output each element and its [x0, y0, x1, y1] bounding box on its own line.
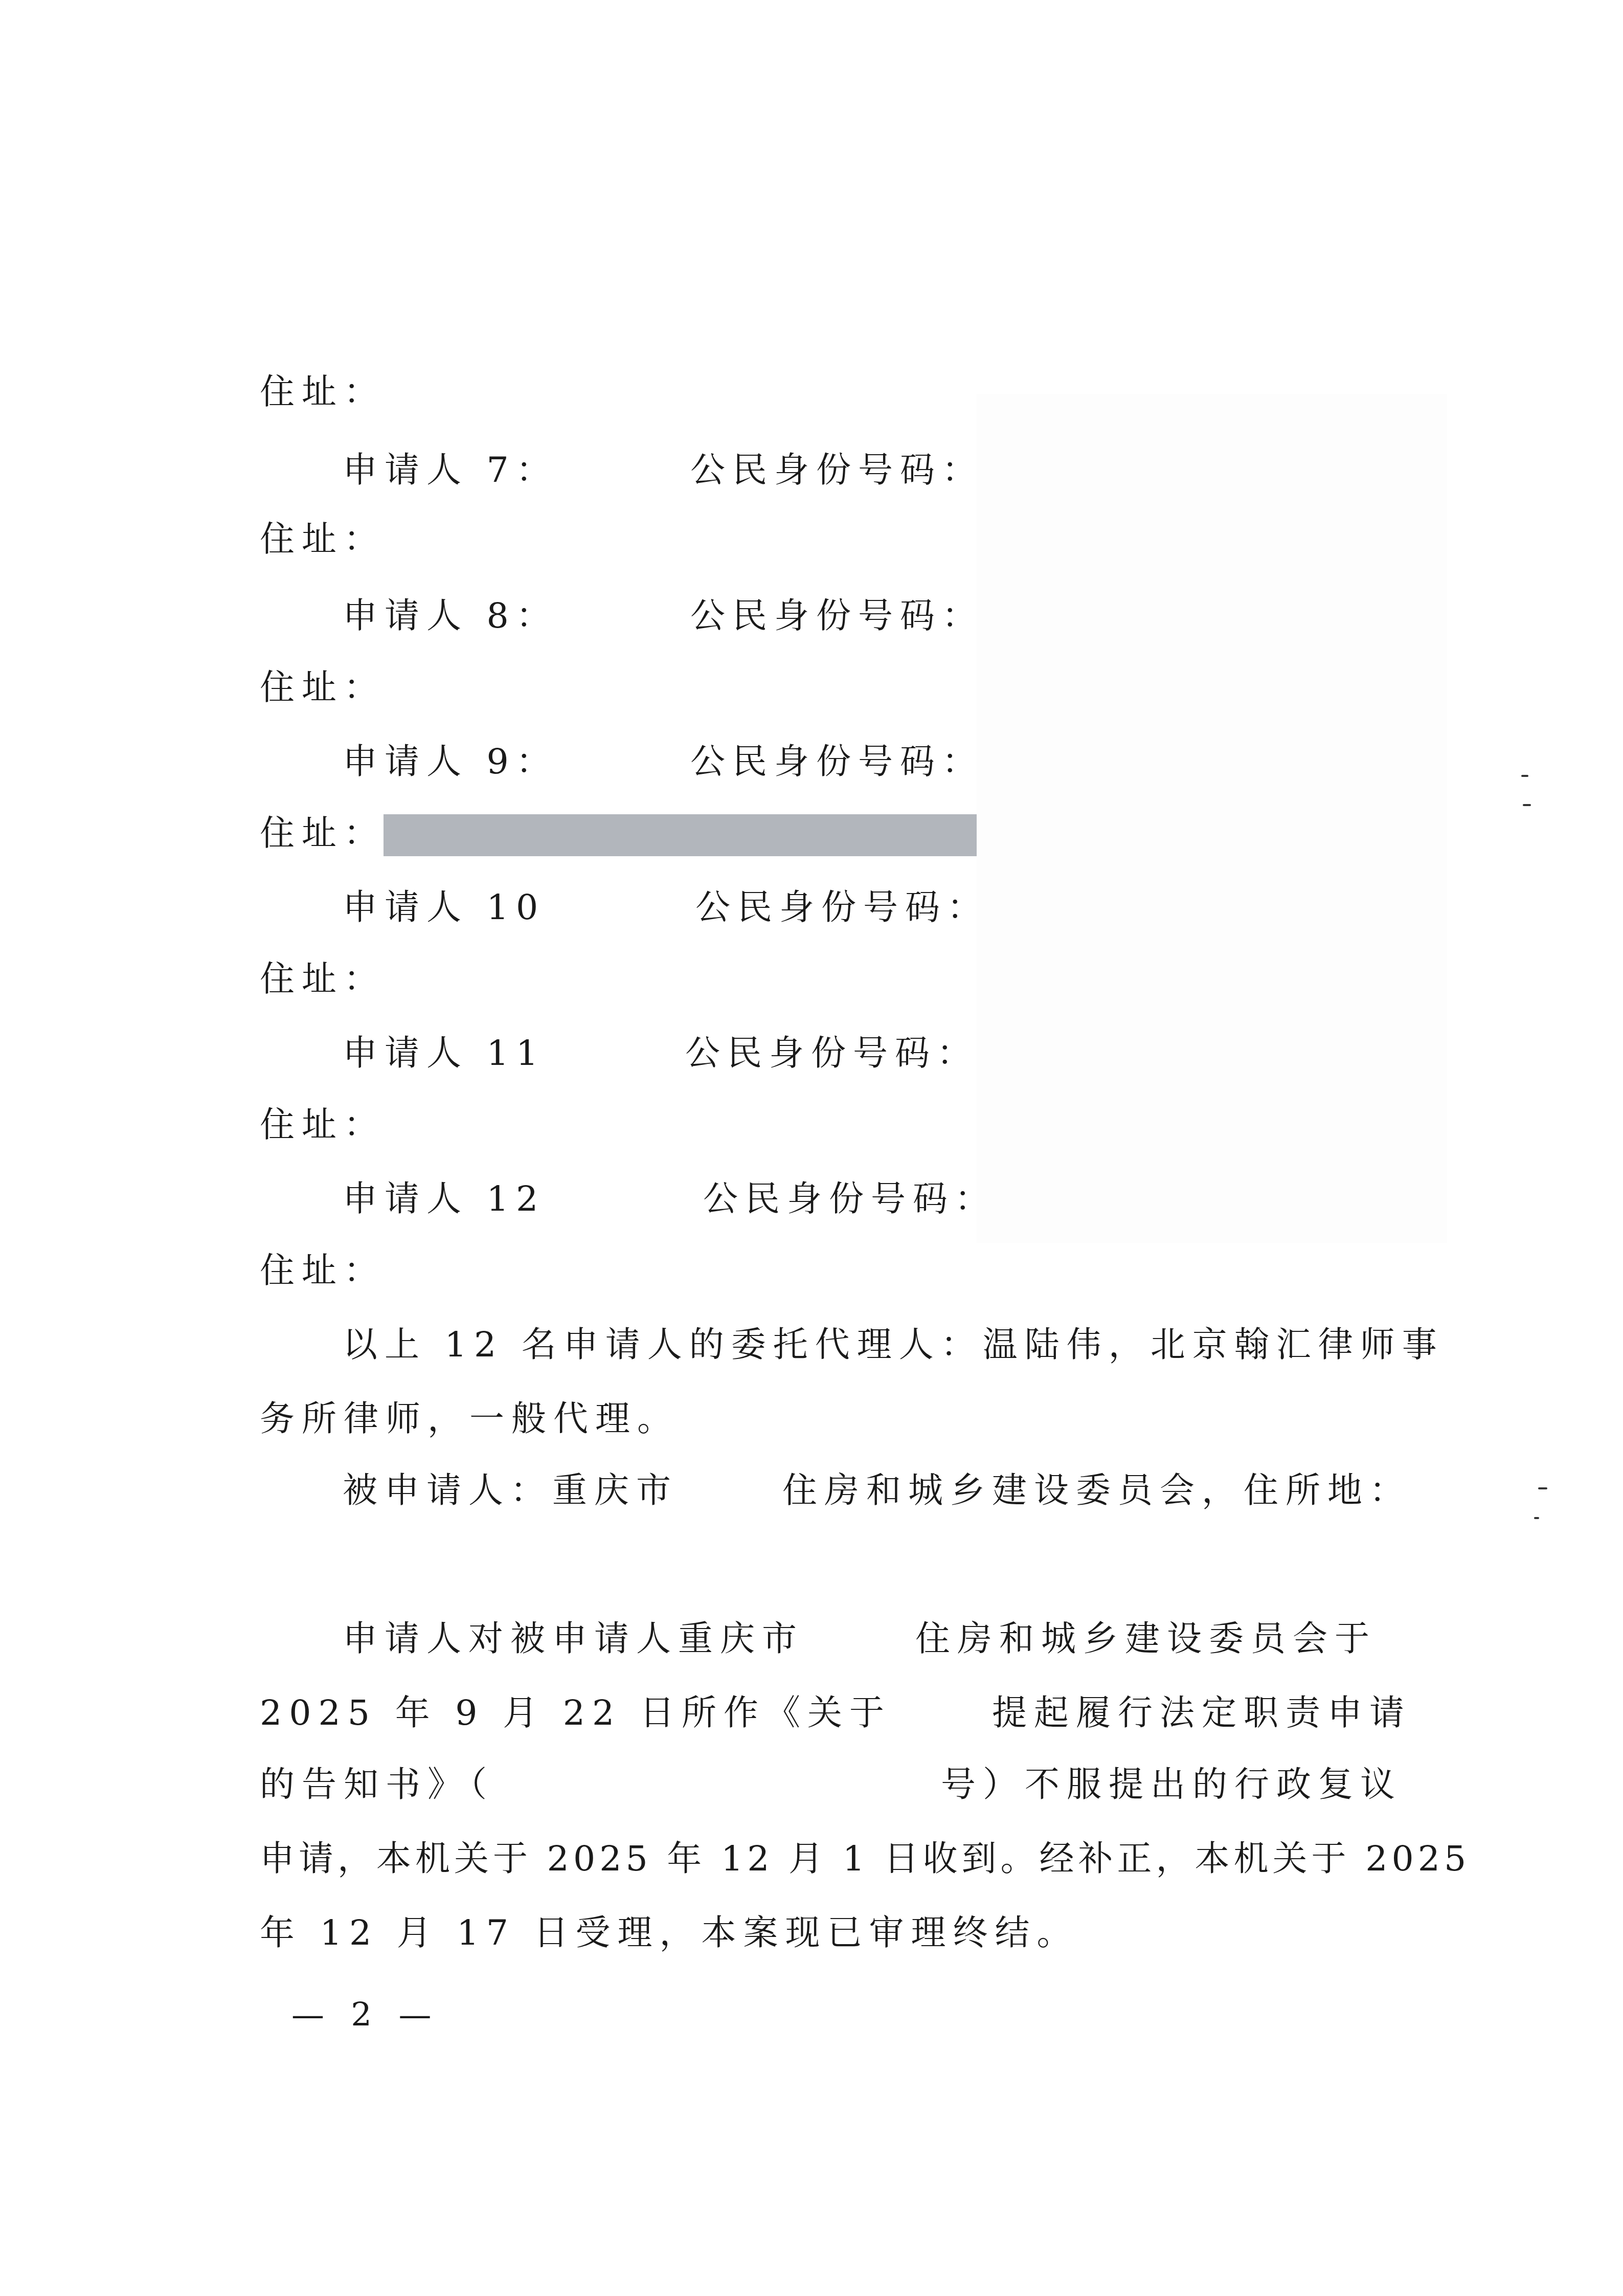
- applicant-11-address: 住址：: [260, 1102, 386, 1148]
- redaction-block-right: [977, 394, 1447, 1243]
- applicant-12-id-label: 公民身份号码：: [703, 1176, 997, 1222]
- body-line-2b: 提起履行法定职责申请: [992, 1690, 1411, 1736]
- document-page: 住址： 申请人 7： 公民身份号码： 住址： 申请人 8： 公民身份号码： 住址…: [0, 0, 1623, 2296]
- agent-line-2: 务所律师，一般代理。: [260, 1396, 679, 1442]
- applicant-10-id-label: 公民身份号码：: [695, 885, 989, 931]
- body-line-4: 申请，本机关于 2025 年 12 月 1 日收到。经补正，本机关于 2025: [260, 1836, 1470, 1882]
- page-number: — 2 —: [291, 1995, 439, 2036]
- agent-line-1: 以上 12 名申请人的委托代理人：温陆伟，北京翰汇律师事: [343, 1322, 1444, 1368]
- margin-mark: [1538, 1487, 1547, 1489]
- applicant-8-label: 申请人 8：: [343, 593, 558, 639]
- applicant-11-id-label: 公民身份号码：: [685, 1031, 979, 1077]
- applicant-8-id-label: 公民身份号码：: [690, 593, 984, 639]
- applicant-9-id-label: 公民身份号码：: [690, 739, 984, 785]
- body-line-3b: 号）不服提出的行政复议: [941, 1762, 1402, 1808]
- body-line-5: 年 12 月 17 日受理，本案现已审理终结。: [260, 1910, 1079, 1956]
- applicant-7-address: 住址：: [260, 517, 386, 563]
- body-line-2a: 2025 年 9 月 22 日所作《关于: [260, 1690, 891, 1736]
- body-line-1a: 申请人对被申请人重庆市: [343, 1616, 804, 1662]
- body-line-1b: 住房和城乡建设委员会于: [915, 1616, 1377, 1662]
- margin-mark: [1534, 1517, 1539, 1519]
- applicant-10-address: 住址：: [260, 956, 386, 1002]
- applicant-7-id-label: 公民身份号码：: [690, 448, 984, 494]
- applicant-9-label: 申请人 9：: [343, 739, 558, 785]
- applicant-9-address: 住址：: [260, 811, 386, 857]
- respondent-part-2: 住房和城乡建设委员会，住所地：: [782, 1468, 1411, 1514]
- applicant-10-label: 申请人 10: [343, 885, 545, 931]
- respondent-part-1: 被申请人：重庆市: [343, 1468, 678, 1514]
- redaction-bar-gray: [384, 814, 977, 856]
- applicant-8-address: 住址：: [260, 665, 386, 711]
- applicant-7-label: 申请人 7：: [343, 448, 558, 494]
- applicant-11-label: 申请人 11: [343, 1031, 545, 1077]
- applicant-12-label: 申请人 12: [343, 1176, 545, 1222]
- applicant-12-address: 住址：: [260, 1248, 386, 1294]
- body-line-3a: 的告知书》（: [260, 1762, 494, 1808]
- address-line-6: 住址：: [260, 369, 386, 415]
- margin-mark: [1521, 775, 1528, 777]
- margin-mark: [1523, 804, 1531, 806]
